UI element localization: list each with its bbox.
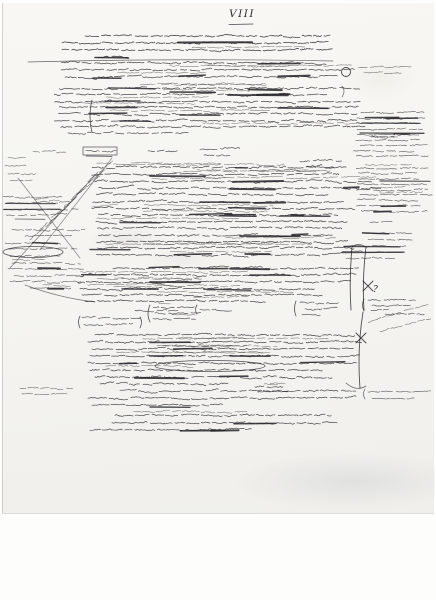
ink-stroke xyxy=(300,160,342,162)
ink-stroke xyxy=(159,303,171,304)
ink-stroke xyxy=(100,382,228,386)
ink-stroke xyxy=(98,246,354,249)
ink-stroke xyxy=(114,285,240,287)
ink-stroke xyxy=(372,305,410,306)
ink-stroke xyxy=(302,314,320,315)
revision-mark xyxy=(350,247,352,310)
ink-stroke xyxy=(85,34,330,38)
revision-mark xyxy=(148,305,150,322)
ink-stroke xyxy=(92,404,223,406)
ink-stroke xyxy=(346,257,395,259)
circled-mark xyxy=(342,68,351,77)
ink-stroke xyxy=(368,299,416,301)
ink-stroke xyxy=(153,307,194,309)
ink-stroke xyxy=(379,192,422,193)
ink-stroke xyxy=(59,87,359,90)
ink-stroke xyxy=(264,384,278,385)
ink-stroke xyxy=(135,310,178,312)
ink-stroke xyxy=(255,386,283,388)
ink-stroke xyxy=(118,72,206,74)
ink-stroke xyxy=(157,291,293,293)
ink-stroke xyxy=(84,323,133,325)
slanted-annotation xyxy=(380,318,431,332)
ink-stroke xyxy=(370,221,392,223)
question-mark: ? xyxy=(373,285,378,295)
ink-stroke xyxy=(35,198,60,201)
revision-mark xyxy=(346,383,366,388)
ink-stroke xyxy=(203,122,362,125)
ink-stroke xyxy=(82,294,322,297)
ink-stroke xyxy=(371,187,405,188)
ink-stroke xyxy=(80,287,314,291)
ink-stroke xyxy=(112,422,337,425)
ink-stroke xyxy=(305,307,337,310)
ink-stroke xyxy=(92,206,355,210)
revision-mark xyxy=(140,317,142,328)
ink-stroke xyxy=(95,333,355,336)
ink-stroke xyxy=(82,316,141,319)
ink-stroke xyxy=(249,89,282,90)
x-mark xyxy=(363,281,373,291)
revision-mark xyxy=(25,285,95,302)
ink-stroke xyxy=(204,155,230,156)
ink-stroke xyxy=(360,144,427,146)
ink-stroke xyxy=(372,398,414,399)
ink-stroke xyxy=(153,318,196,320)
ink-stroke xyxy=(192,46,305,48)
revision-mark xyxy=(364,389,366,399)
ink-stroke xyxy=(75,273,356,277)
ink-stroke xyxy=(361,111,424,113)
ink-stroke xyxy=(86,150,116,152)
ink-stroke xyxy=(174,254,211,255)
ink-stroke xyxy=(356,168,428,170)
x-mark xyxy=(356,333,366,343)
ink-stroke xyxy=(97,252,342,257)
revision-mark xyxy=(229,24,253,25)
ink-stroke xyxy=(179,337,328,339)
ink-stroke xyxy=(20,387,73,389)
ink-stroke xyxy=(90,355,359,358)
revision-mark xyxy=(295,301,297,316)
ink-stroke xyxy=(143,210,267,213)
ink-stroke xyxy=(363,233,389,234)
ink-stroke xyxy=(155,313,201,315)
ink-stroke xyxy=(200,147,240,149)
ink-stroke xyxy=(230,269,269,270)
ink-stroke xyxy=(371,309,389,310)
ink-stroke xyxy=(358,178,419,180)
ink-stroke xyxy=(204,289,251,290)
ink-stroke xyxy=(98,226,342,230)
ink-stroke xyxy=(270,383,285,384)
ink-stroke xyxy=(97,240,348,244)
revision-mark xyxy=(359,312,363,388)
ink-stroke xyxy=(144,204,273,206)
ink-stroke xyxy=(170,251,271,253)
ink-stroke xyxy=(278,76,310,77)
ink-stroke xyxy=(106,365,193,367)
revision-mark xyxy=(230,189,275,190)
ink-stroke xyxy=(92,165,346,169)
ink-stroke xyxy=(120,389,356,393)
ink-stroke xyxy=(12,229,85,231)
ink-stroke xyxy=(358,199,418,202)
ink-stroke xyxy=(200,309,232,311)
ink-stroke xyxy=(43,285,71,287)
ink-stroke xyxy=(8,173,36,175)
ink-stroke xyxy=(81,271,248,273)
ink-stroke xyxy=(292,234,308,235)
ink-stroke xyxy=(300,362,345,363)
handwriting-ink-layer: ? xyxy=(0,0,436,600)
ink-stroke xyxy=(173,314,196,315)
ink-stroke xyxy=(356,155,428,157)
ink-stroke xyxy=(179,75,205,76)
ink-stroke xyxy=(368,391,431,392)
ink-stroke xyxy=(368,239,412,240)
ink-stroke xyxy=(385,313,424,315)
ink-stroke xyxy=(174,348,212,349)
ink-stroke xyxy=(14,275,74,277)
ink-stroke xyxy=(5,165,26,166)
ink-stroke xyxy=(344,187,359,188)
ink-stroke xyxy=(108,88,155,89)
ink-stroke xyxy=(68,131,188,134)
ink-stroke xyxy=(55,100,361,104)
ink-stroke xyxy=(97,217,239,220)
ink-stroke xyxy=(85,300,265,303)
ink-stroke xyxy=(204,176,376,179)
ink-stroke xyxy=(92,173,339,176)
ink-stroke xyxy=(360,194,432,195)
ink-stroke xyxy=(8,157,26,158)
ink-stroke xyxy=(148,150,177,152)
ink-stroke xyxy=(291,215,303,216)
ink-stroke xyxy=(361,210,427,212)
revision-mark xyxy=(28,60,333,62)
ink-stroke xyxy=(88,340,362,343)
ink-stroke xyxy=(258,391,288,392)
ink-stroke xyxy=(25,235,71,237)
ink-stroke xyxy=(22,393,67,395)
ink-stroke xyxy=(10,180,32,181)
ink-stroke xyxy=(220,216,257,217)
ink-stroke xyxy=(300,302,339,304)
slanted-annotation xyxy=(76,169,106,194)
ink-stroke xyxy=(233,181,283,182)
revision-mark xyxy=(92,204,118,207)
ink-stroke xyxy=(358,66,411,68)
ink-stroke xyxy=(194,296,248,298)
ink-stroke xyxy=(106,97,208,99)
ink-stroke xyxy=(12,262,81,264)
ink-stroke xyxy=(356,139,420,141)
ink-stroke xyxy=(92,347,353,350)
ink-stroke xyxy=(96,193,328,196)
ink-stroke xyxy=(134,410,247,413)
ink-stroke xyxy=(365,165,411,166)
ink-stroke xyxy=(358,172,416,174)
ink-stroke xyxy=(10,280,81,283)
ink-stroke xyxy=(78,281,351,285)
ink-stroke xyxy=(357,128,423,130)
ink-stroke xyxy=(61,68,354,71)
revision-mark xyxy=(79,316,81,328)
ink-stroke xyxy=(61,125,365,129)
ink-stroke xyxy=(354,150,415,152)
ink-stroke xyxy=(115,414,331,417)
ink-stroke xyxy=(380,318,431,332)
ink-stroke xyxy=(228,208,265,209)
ink-stroke xyxy=(364,72,401,74)
circled-mark xyxy=(3,247,63,258)
ink-stroke xyxy=(90,369,322,372)
ink-stroke xyxy=(120,363,137,364)
ink-stroke xyxy=(357,184,427,186)
ink-stroke xyxy=(33,150,66,153)
manuscript-photo: VIII ? xyxy=(0,0,436,600)
ink-stroke xyxy=(76,169,106,194)
ink-stroke xyxy=(97,162,221,164)
ink-stroke xyxy=(62,48,332,51)
ink-stroke xyxy=(88,396,356,400)
ink-stroke xyxy=(8,248,77,249)
ink-stroke xyxy=(54,119,356,123)
revision-mark xyxy=(18,178,80,258)
revision-mark xyxy=(90,100,92,132)
ink-stroke xyxy=(152,177,226,179)
ink-stroke xyxy=(95,376,332,379)
ink-stroke xyxy=(110,109,269,113)
